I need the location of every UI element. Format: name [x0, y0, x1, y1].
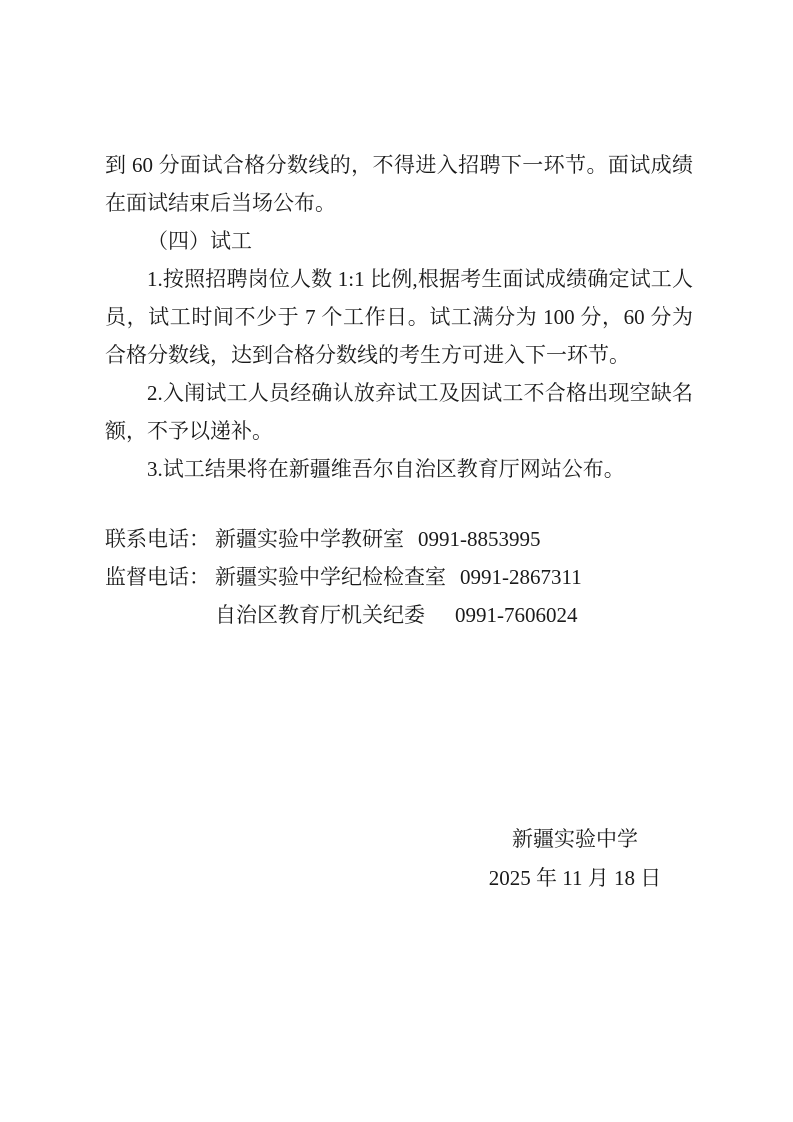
contact-row-discipline-committee: 自治区教育厅机关纪委 0991-7606024 [105, 596, 693, 634]
paragraph-interview-pass-line: 到 60 分面试合格分数线的，不得进入招聘下一环节。面试成绩在面试结束后当场公布… [105, 146, 693, 222]
paragraph-trial-work-item-1: 1.按照招聘岗位人数 1:1 比例,根据考生面试成绩确定试工人员，试工时间不少于… [105, 260, 693, 374]
contact-block: 联系电话： 新疆实验中学教研室 0991-8853995 监督电话： 新疆实验中… [105, 520, 693, 634]
paragraph-trial-work-item-2: 2.入闱试工人员经确认放弃试工及因试工不合格出现空缺名额，不予以递补。 [105, 374, 693, 450]
contact-label: 联系电话： [105, 520, 215, 558]
signature-date: 2025 年 11 月 18 日 [435, 859, 715, 898]
signature-organization: 新疆实验中学 [435, 820, 715, 859]
document-body: 到 60 分面试合格分数线的，不得进入招聘下一环节。面试成绩在面试结束后当场公布… [105, 146, 693, 898]
signature-block: 新疆实验中学 2025 年 11 月 18 日 [435, 820, 715, 898]
paragraph-trial-work-item-3: 3.试工结果将在新疆维吾尔自治区教育厅网站公布。 [105, 450, 693, 488]
contact-phone-number: 0991-2867311 [460, 558, 582, 596]
contact-organization: 新疆实验中学教研室 [215, 520, 404, 558]
contact-organization: 新疆实验中学纪检检查室 [215, 558, 446, 596]
contact-organization: 自治区教育厅机关纪委 [215, 596, 425, 634]
contact-phone-number: 0991-7606024 [455, 596, 578, 634]
contact-label [105, 596, 215, 634]
contact-row-supervision-phone: 监督电话： 新疆实验中学纪检检查室 0991-2867311 [105, 558, 693, 596]
contact-phone-number: 0991-8853995 [418, 520, 541, 558]
contact-row-main-phone: 联系电话： 新疆实验中学教研室 0991-8853995 [105, 520, 693, 558]
contact-label: 监督电话： [105, 558, 215, 596]
document-page: 到 60 分面试合格分数线的，不得进入招聘下一环节。面试成绩在面试结束后当场公布… [0, 0, 793, 1122]
section-heading-trial-work: （四）试工 [105, 222, 693, 260]
